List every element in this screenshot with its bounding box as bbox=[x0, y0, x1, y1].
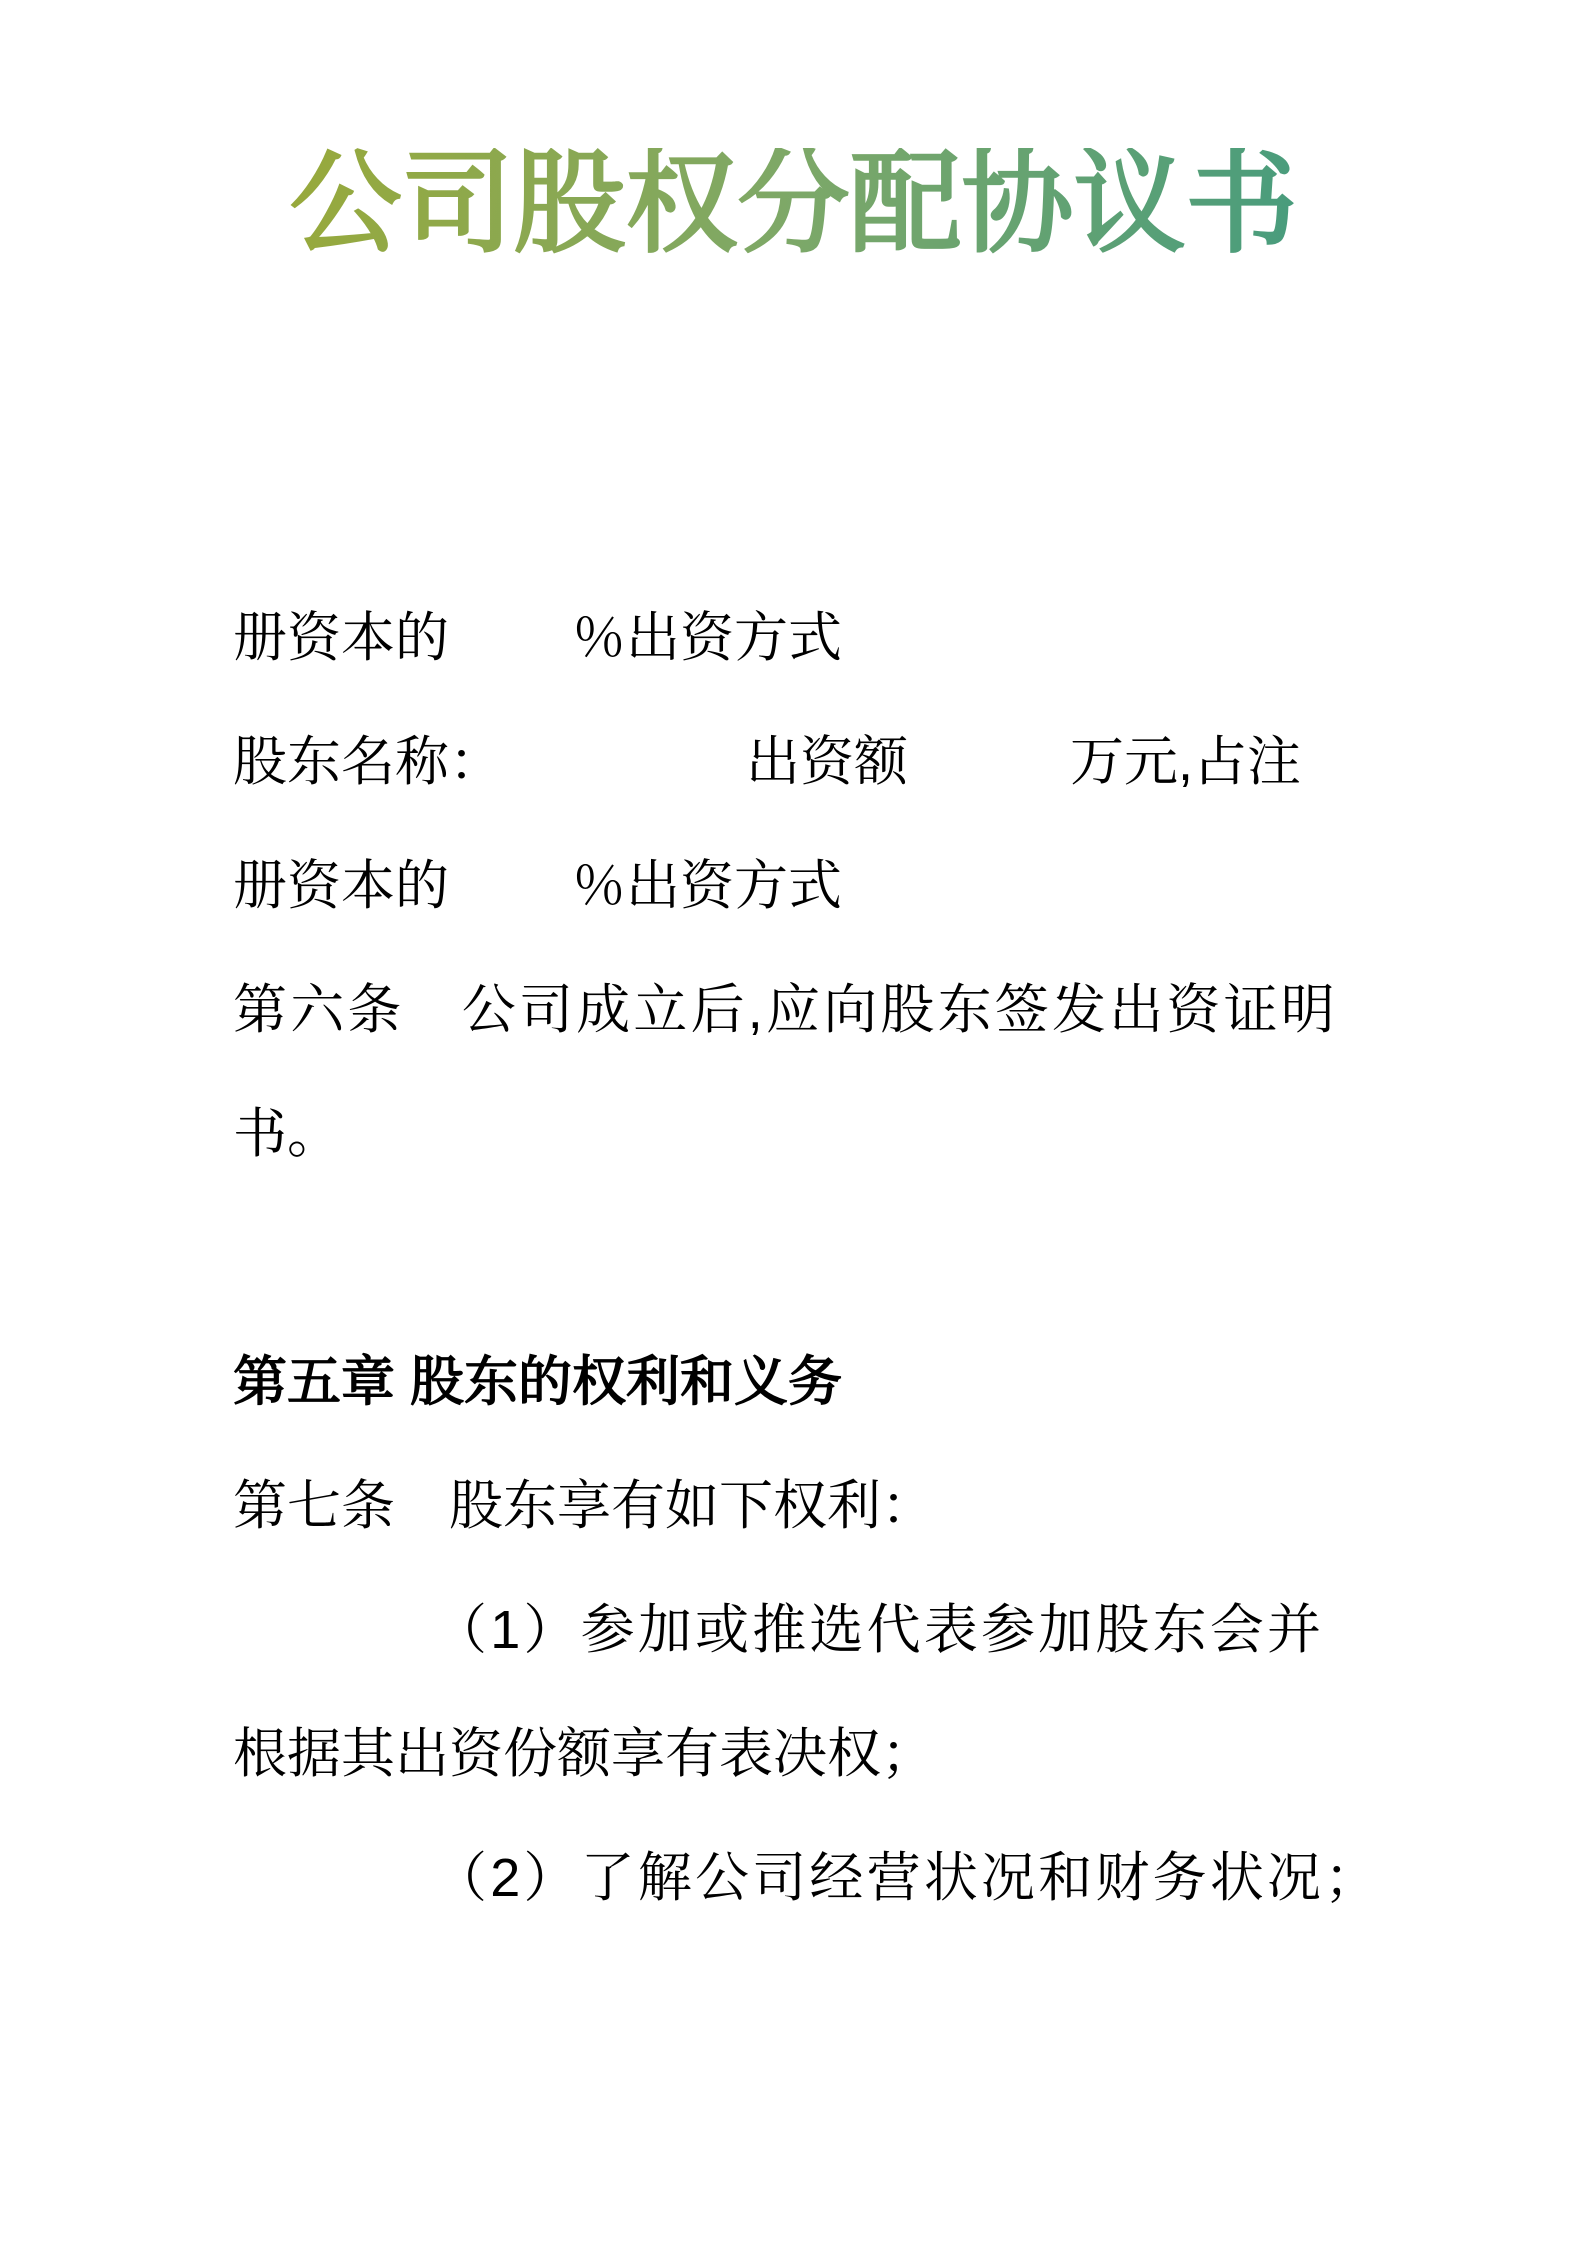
text-line-fill-in-capital-2: 册资本的 ％出资方式 bbox=[233, 824, 1353, 948]
document-body: 册资本的 ％出资方式 股东名称： 出资额 万元,占注 册资本的 ％出资方式 第六… bbox=[233, 576, 1353, 1940]
text-line-shareholder-name: 股东名称： 出资额 万元,占注 bbox=[233, 700, 1353, 824]
document-title: 公司股权分配协议书 bbox=[290, 148, 1298, 260]
text-line-item-1-wrap: 根据其出资份额享有表决权； bbox=[233, 1692, 1353, 1816]
section-heading-chapter-five: 第五章 股东的权利和义务 bbox=[233, 1320, 1353, 1444]
document-page: 公司股权分配协议书 册资本的 ％出资方式 股东名称： 出资额 万元,占注 册资本… bbox=[0, 0, 1587, 2245]
text-line-item-1: （1）参加或推选代表参加股东会并 bbox=[233, 1568, 1353, 1692]
title-row: 公司股权分配协议书 bbox=[0, 148, 1587, 260]
text-line-item-2: （2）了解公司经营状况和财务状况； bbox=[233, 1816, 1353, 1940]
text-line-article-six: 第六条 公司成立后,应向股东签发出资证明 bbox=[233, 948, 1353, 1072]
blank-line bbox=[233, 1196, 1353, 1320]
text-line-article-seven: 第七条 股东享有如下权利： bbox=[233, 1444, 1353, 1568]
text-line-fill-in-capital-1: 册资本的 ％出资方式 bbox=[233, 576, 1353, 700]
text-line-article-six-wrap: 书。 bbox=[233, 1072, 1353, 1196]
